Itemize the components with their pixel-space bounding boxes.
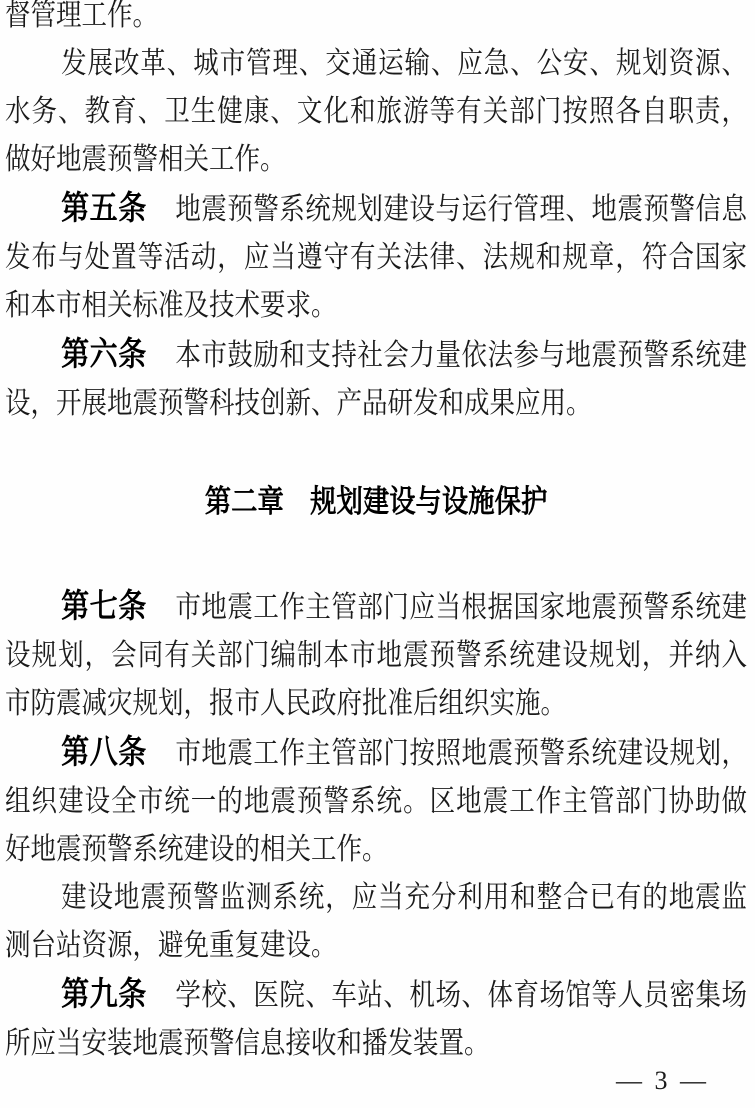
text-line: 第八条 市地震工作主管部门按照地震预警系统建设规划， (5, 728, 747, 778)
text-line: 第六条 本市鼓励和支持社会力量依法参与地震预警系统建 (5, 330, 747, 380)
document-page: { "page": { "background_color": "#fefefe… (0, 0, 755, 1108)
text-line: 好地震预警系统建设的相关工作。 (5, 826, 747, 874)
text-line: 设规划，会同有关部门编制本市地震预警系统建设规划，并纳入 (5, 632, 747, 680)
text-line: 第七条 市地震工作主管部门应当根据国家地震预警系统建 (5, 582, 747, 632)
page-number: — 3 — (616, 1066, 709, 1096)
text-line: 设，开展地震预警科技创新、产品研发和成果应用。 (5, 380, 747, 428)
document-body: 督管理工作。发展改革、城市管理、交通运输、应急、公安、规划资源、水务、教育、卫生… (5, 0, 747, 1068)
text-line: 测台站资源，避免重复建设。 (5, 922, 747, 970)
text-line: 发布与处置等活动，应当遵守有关法律、法规和规章，符合国家 (5, 234, 747, 282)
article-number: 第六条 (61, 335, 175, 372)
article-number: 第五条 (61, 189, 175, 226)
article-number: 第八条 (61, 733, 175, 770)
text-line: 第九条 学校、医院、车站、机场、体育场馆等人员密集场 (5, 970, 747, 1020)
article-number: 第九条 (61, 975, 175, 1012)
chapter-heading: 第二章 规划建设与设施保护 (5, 478, 747, 526)
text-line: 和本市相关标准及技术要求。 (5, 282, 747, 330)
text-line: 所应当安装地震预警信息接收和播发装置。 (5, 1020, 747, 1068)
text-line: 组织建设全市统一的地震预警系统。区地震工作主管部门协助做 (5, 778, 747, 826)
text-line: 市防震减灾规划，报市人民政府批准后组织实施。 (5, 680, 747, 728)
article-number: 第七条 (61, 587, 175, 624)
text-line: 做好地震预警相关工作。 (5, 136, 747, 184)
text-line: 发展改革、城市管理、交通运输、应急、公安、规划资源、 (5, 40, 747, 88)
text-line: 督管理工作。 (5, 0, 747, 40)
text-line: 建设地震预警监测系统，应当充分利用和整合已有的地震监 (5, 874, 747, 922)
text-line: 水务、教育、卫生健康、文化和旅游等有关部门按照各自职责， (5, 88, 747, 136)
text-line: 第五条 地震预警系统规划建设与运行管理、地震预警信息 (5, 184, 747, 234)
